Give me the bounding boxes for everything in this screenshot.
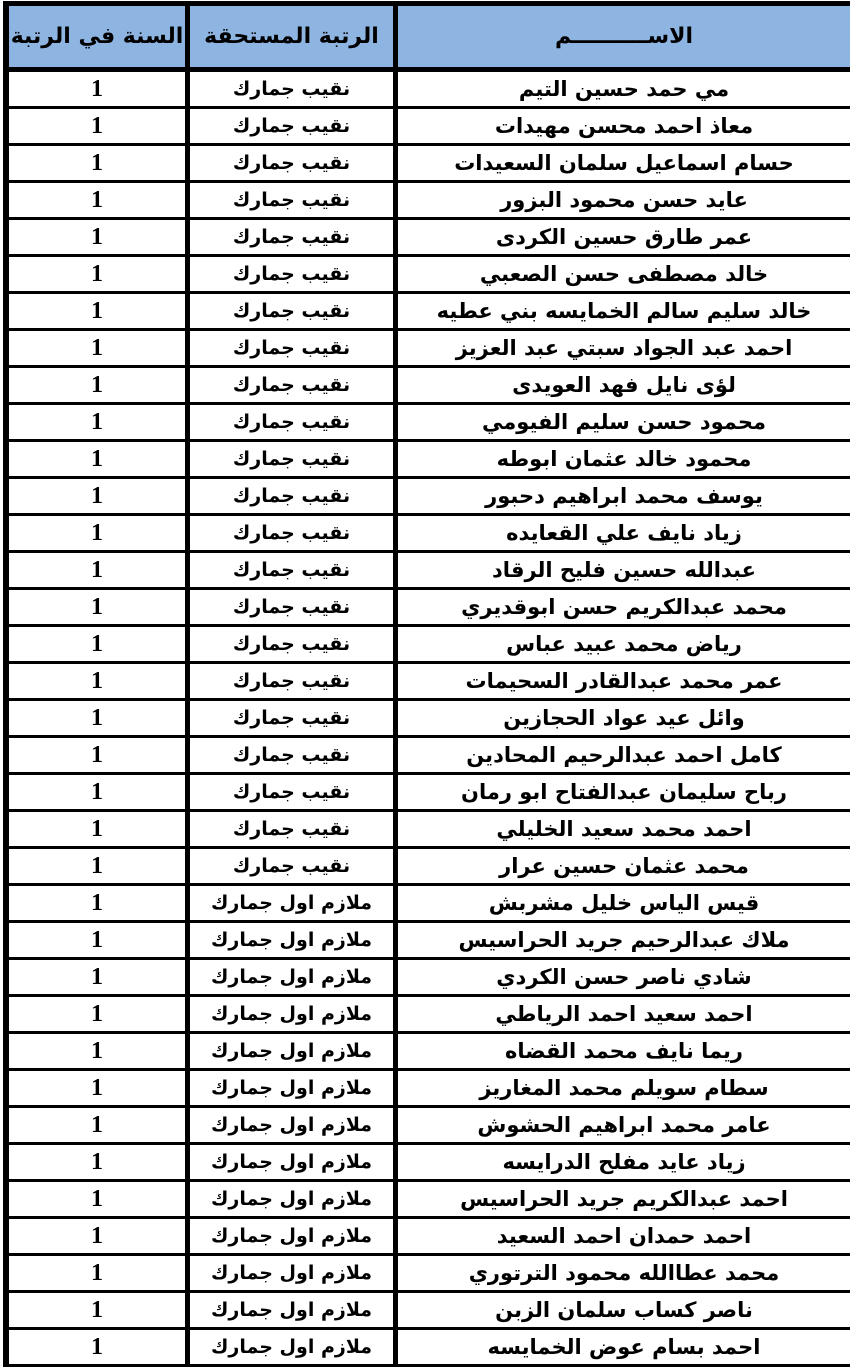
table-row: 1 ملازم اول جمارك احمد بسام عوض الخمايسه: [9, 1330, 850, 1367]
table-row: 1 نقيب جمارك خالد مصطفى حسن الصعبي: [9, 257, 850, 294]
year-cell: 1: [9, 701, 190, 735]
year-cell: 1: [9, 886, 190, 920]
year-cell: 1: [9, 368, 190, 402]
table-row: 1 نقيب جمارك يوسف محمد ابراهيم دحبور: [9, 479, 850, 516]
table-row: 1 ملازم اول جمارك احمد حمدان احمد السعيد: [9, 1219, 850, 1256]
name-cell: محمد عثمان حسين عرار: [398, 849, 850, 883]
rank-cell: نقيب جمارك: [190, 812, 398, 846]
rank-cell: نقيب جمارك: [190, 590, 398, 624]
name-cell: عايد حسن محمود البزور: [398, 183, 850, 217]
table-row: 1 نقيب جمارك معاذ احمد محسن مهيدات: [9, 109, 850, 146]
rank-cell: نقيب جمارك: [190, 405, 398, 439]
table-row: 1 نقيب جمارك محمود خالد عثمان ابوطه: [9, 442, 850, 479]
name-cell: زياد نايف علي القعايده: [398, 516, 850, 550]
name-cell: ناصر كساب سلمان الزبن: [398, 1293, 850, 1327]
rank-cell: نقيب جمارك: [190, 775, 398, 809]
name-cell: ريما نايف محمد القضاه: [398, 1034, 850, 1068]
name-cell: احمد حمدان احمد السعيد: [398, 1219, 850, 1253]
name-cell: زياد عايد مفلح الدرايسه: [398, 1145, 850, 1179]
name-cell: احمد محمد سعيد الخليلي: [398, 812, 850, 846]
name-cell: يوسف محمد ابراهيم دحبور: [398, 479, 850, 513]
rank-cell: نقيب جمارك: [190, 627, 398, 661]
rank-list-table: السنة في الرتبة الرتبة المستحقة الاســــ…: [3, 1, 850, 1367]
year-cell: 1: [9, 849, 190, 883]
year-cell: 1: [9, 1071, 190, 1105]
year-cell: 1: [9, 220, 190, 254]
name-cell: شادي ناصر حسن الكردي: [398, 960, 850, 994]
rank-cell: ملازم اول جمارك: [190, 1182, 398, 1216]
year-cell: 1: [9, 738, 190, 772]
header-entitled-rank: الرتبة المستحقة: [190, 6, 398, 67]
table-row: 1 ملازم اول جمارك ناصر كساب سلمان الزبن: [9, 1293, 850, 1330]
header-name: الاســــــــــم: [398, 6, 850, 67]
year-cell: 1: [9, 183, 190, 217]
year-cell: 1: [9, 331, 190, 365]
table-row: 1 نقيب جمارك خالد سليم سالم الخمايسه بني…: [9, 294, 850, 331]
year-cell: 1: [9, 1293, 190, 1327]
year-cell: 1: [9, 257, 190, 291]
table-body: 1 نقيب جمارك مي حمد حسين التيم 1 نقيب جم…: [9, 72, 850, 1367]
rank-cell: نقيب جمارك: [190, 294, 398, 328]
rank-cell: ملازم اول جمارك: [190, 997, 398, 1031]
year-cell: 1: [9, 812, 190, 846]
table-row: 1 نقيب جمارك رباح سليمان عبدالفتاح ابو ر…: [9, 775, 850, 812]
rank-cell: نقيب جمارك: [190, 553, 398, 587]
rank-cell: ملازم اول جمارك: [190, 923, 398, 957]
table-row: 1 ملازم اول جمارك احمد سعيد احمد الرياطي: [9, 997, 850, 1034]
rank-cell: نقيب جمارك: [190, 442, 398, 476]
name-cell: محمد عطاالله محمود الترتوري: [398, 1256, 850, 1290]
rank-cell: ملازم اول جمارك: [190, 1145, 398, 1179]
rank-cell: ملازم اول جمارك: [190, 960, 398, 994]
rank-cell: نقيب جمارك: [190, 516, 398, 550]
name-cell: محمد عبدالكريم حسن ابوقديري: [398, 590, 850, 624]
rank-cell: نقيب جمارك: [190, 738, 398, 772]
name-cell: رباح سليمان عبدالفتاح ابو رمان: [398, 775, 850, 809]
year-cell: 1: [9, 1219, 190, 1253]
year-cell: 1: [9, 590, 190, 624]
year-cell: 1: [9, 627, 190, 661]
name-cell: قيس الياس خليل مشربش: [398, 886, 850, 920]
table-row: 1 ملازم اول جمارك احمد عبدالكريم جريد ال…: [9, 1182, 850, 1219]
table-row: 1 ملازم اول جمارك زياد عايد مفلح الدرايس…: [9, 1145, 850, 1182]
table-row: 1 نقيب جمارك كامل احمد عبدالرحيم المحادي…: [9, 738, 850, 775]
rank-cell: ملازم اول جمارك: [190, 886, 398, 920]
rank-cell: ملازم اول جمارك: [190, 1219, 398, 1253]
rank-cell: نقيب جمارك: [190, 331, 398, 365]
rank-cell: نقيب جمارك: [190, 146, 398, 180]
name-cell: رياض محمد عبيد عباس: [398, 627, 850, 661]
year-cell: 1: [9, 109, 190, 143]
table-row: 1 ملازم اول جمارك شادي ناصر حسن الكردي: [9, 960, 850, 997]
rank-cell: نقيب جمارك: [190, 849, 398, 883]
rank-cell: نقيب جمارك: [190, 257, 398, 291]
rank-cell: ملازم اول جمارك: [190, 1256, 398, 1290]
rank-cell: ملازم اول جمارك: [190, 1330, 398, 1364]
name-cell: وائل عيد عواد الحجازين: [398, 701, 850, 735]
name-cell: محمود حسن سليم الفيومي: [398, 405, 850, 439]
year-cell: 1: [9, 516, 190, 550]
year-cell: 1: [9, 1256, 190, 1290]
rank-cell: ملازم اول جمارك: [190, 1293, 398, 1327]
name-cell: احمد بسام عوض الخمايسه: [398, 1330, 850, 1364]
table-row: 1 ملازم اول جمارك محمد عطاالله محمود الت…: [9, 1256, 850, 1293]
year-cell: 1: [9, 405, 190, 439]
document-page: السنة في الرتبة الرتبة المستحقة الاســــ…: [0, 0, 850, 1370]
year-cell: 1: [9, 1182, 190, 1216]
rank-cell: نقيب جمارك: [190, 183, 398, 217]
name-cell: محمود خالد عثمان ابوطه: [398, 442, 850, 476]
table-row: 1 نقيب جمارك لؤى نايل فهد العويدى: [9, 368, 850, 405]
name-cell: حسام اسماعيل سلمان السعيدات: [398, 146, 850, 180]
rank-cell: ملازم اول جمارك: [190, 1108, 398, 1142]
name-cell: عبدالله حسين فليح الرقاد: [398, 553, 850, 587]
name-cell: احمد عبد الجواد سبتي عبد العزيز: [398, 331, 850, 365]
year-cell: 1: [9, 442, 190, 476]
table-header-row: السنة في الرتبة الرتبة المستحقة الاســــ…: [9, 6, 850, 72]
name-cell: مي حمد حسين التيم: [398, 72, 850, 106]
year-cell: 1: [9, 997, 190, 1031]
year-cell: 1: [9, 960, 190, 994]
name-cell: معاذ احمد محسن مهيدات: [398, 109, 850, 143]
table-row: 1 نقيب جمارك زياد نايف علي القعايده: [9, 516, 850, 553]
table-row: 1 نقيب جمارك محمد عثمان حسين عرار: [9, 849, 850, 886]
rank-cell: ملازم اول جمارك: [190, 1071, 398, 1105]
table-row: 1 نقيب جمارك حسام اسماعيل سلمان السعيدات: [9, 146, 850, 183]
rank-cell: نقيب جمارك: [190, 72, 398, 106]
table-row: 1 نقيب جمارك عايد حسن محمود البزور: [9, 183, 850, 220]
rank-cell: ملازم اول جمارك: [190, 1034, 398, 1068]
rank-cell: نقيب جمارك: [190, 479, 398, 513]
table-row: 1 نقيب جمارك عمر محمد عبدالقادر السحيمات: [9, 664, 850, 701]
year-cell: 1: [9, 1108, 190, 1142]
year-cell: 1: [9, 1034, 190, 1068]
table-row: 1 نقيب جمارك رياض محمد عبيد عباس: [9, 627, 850, 664]
year-cell: 1: [9, 294, 190, 328]
year-cell: 1: [9, 664, 190, 698]
name-cell: خالد مصطفى حسن الصعبي: [398, 257, 850, 291]
year-cell: 1: [9, 923, 190, 957]
table-row: 1 نقيب جمارك محمد عبدالكريم حسن ابوقديري: [9, 590, 850, 627]
header-year-in-rank: السنة في الرتبة: [9, 6, 190, 67]
year-cell: 1: [9, 1330, 190, 1364]
name-cell: عمر محمد عبدالقادر السحيمات: [398, 664, 850, 698]
table-row: 1 ملازم اول جمارك عامر محمد ابراهيم الحش…: [9, 1108, 850, 1145]
name-cell: عامر محمد ابراهيم الحشوش: [398, 1108, 850, 1142]
name-cell: خالد سليم سالم الخمايسه بني عطيه: [398, 294, 850, 328]
table-row: 1 نقيب جمارك مي حمد حسين التيم: [9, 72, 850, 109]
year-cell: 1: [9, 775, 190, 809]
rank-cell: نقيب جمارك: [190, 701, 398, 735]
table-row: 1 نقيب جمارك عبدالله حسين فليح الرقاد: [9, 553, 850, 590]
name-cell: احمد سعيد احمد الرياطي: [398, 997, 850, 1031]
year-cell: 1: [9, 479, 190, 513]
table-row: 1 ملازم اول جمارك قيس الياس خليل مشربش: [9, 886, 850, 923]
name-cell: ملاك عبدالرحيم جريد الحراسيس: [398, 923, 850, 957]
year-cell: 1: [9, 146, 190, 180]
name-cell: سطام سويلم محمد المغاريز: [398, 1071, 850, 1105]
rank-cell: نقيب جمارك: [190, 664, 398, 698]
table-row: 1 ملازم اول جمارك ملاك عبدالرحيم جريد ال…: [9, 923, 850, 960]
table-row: 1 نقيب جمارك عمر طارق حسين الكردى: [9, 220, 850, 257]
table-row: 1 نقيب جمارك وائل عيد عواد الحجازين: [9, 701, 850, 738]
table-row: 1 نقيب جمارك احمد محمد سعيد الخليلي: [9, 812, 850, 849]
year-cell: 1: [9, 553, 190, 587]
name-cell: كامل احمد عبدالرحيم المحادين: [398, 738, 850, 772]
rank-cell: نقيب جمارك: [190, 109, 398, 143]
rank-cell: نقيب جمارك: [190, 220, 398, 254]
year-cell: 1: [9, 1145, 190, 1179]
table-row: 1 ملازم اول جمارك ريما نايف محمد القضاه: [9, 1034, 850, 1071]
table-row: 1 ملازم اول جمارك سطام سويلم محمد المغار…: [9, 1071, 850, 1108]
table-row: 1 نقيب جمارك احمد عبد الجواد سبتي عبد ال…: [9, 331, 850, 368]
name-cell: احمد عبدالكريم جريد الحراسيس: [398, 1182, 850, 1216]
table-row: 1 نقيب جمارك محمود حسن سليم الفيومي: [9, 405, 850, 442]
name-cell: لؤى نايل فهد العويدى: [398, 368, 850, 402]
year-cell: 1: [9, 72, 190, 106]
rank-cell: نقيب جمارك: [190, 368, 398, 402]
name-cell: عمر طارق حسين الكردى: [398, 220, 850, 254]
